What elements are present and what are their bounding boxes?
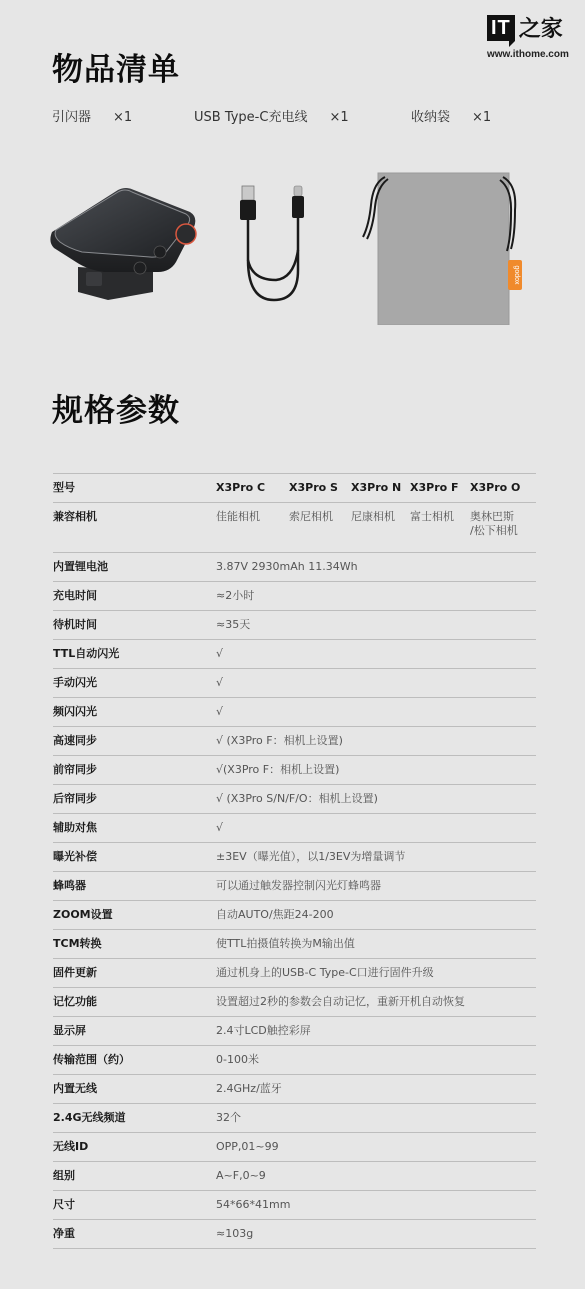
spec-label: 记忆功能	[53, 988, 216, 1017]
spec-label: 蜂鸣器	[53, 872, 216, 901]
spec-value: ≈103g	[216, 1220, 536, 1249]
spec-value: 设置超过2秒的参数会自动记忆，重新开机自动恢复	[216, 988, 536, 1017]
spec-label: 频闪闪光	[53, 698, 216, 727]
spec-value: 3.87V 2930mAh 11.34Wh	[216, 553, 536, 582]
table-row: 辅助对焦√	[53, 814, 536, 843]
spec-label: 兼容相机	[53, 503, 216, 553]
spec-table: 型号 X3Pro C X3Pro S X3Pro N X3Pro F X3Pro…	[53, 473, 536, 1249]
spec-value: ±3EV（曝光值），以1/3EV为增量调节	[216, 843, 536, 872]
table-row: 2.4G无线频道32个	[53, 1104, 536, 1133]
table-row-compat: 兼容相机 佳能相机 索尼相机 尼康相机 富士相机 奥林巴斯/松下相机	[53, 503, 536, 553]
model-s: X3Pro S	[289, 474, 351, 503]
spec-rows: 内置锂电池3.87V 2930mAh 11.34Wh充电时间≈2小时待机时间≈3…	[53, 553, 536, 1249]
spec-label: 组别	[53, 1162, 216, 1191]
table-row: 蜂鸣器可以通过触发器控制闪光灯蜂鸣器	[53, 872, 536, 901]
table-row: 固件更新通过机身上的USB-C Type-C口进行固件升级	[53, 959, 536, 988]
table-row: 内置无线2.4GHz/蓝牙	[53, 1075, 536, 1104]
table-row-model: 型号 X3Pro C X3Pro S X3Pro N X3Pro F X3Pro…	[53, 474, 536, 503]
spec-label: 净重	[53, 1220, 216, 1249]
spec-value: 32个	[216, 1104, 536, 1133]
compat-nikon: 尼康相机	[351, 503, 410, 553]
table-row: 无线IDOPP,01~99	[53, 1133, 536, 1162]
spec-label: 内置锂电池	[53, 553, 216, 582]
spec-value: √	[216, 814, 536, 843]
table-row: 频闪闪光√	[53, 698, 536, 727]
spec-value: 0-100米	[216, 1046, 536, 1075]
logo-url: www.ithome.com	[487, 49, 577, 60]
spec-value: ≈2小时	[216, 582, 536, 611]
spec-value: 2.4GHz/蓝牙	[216, 1075, 536, 1104]
pack-item-cable: USB Type-C充电线×1	[194, 106, 349, 125]
spec-value: OPP,01~99	[216, 1133, 536, 1162]
spec-value: √ (X3Pro F：相机上设置)	[216, 727, 536, 756]
table-row: ZOOM设置自动AUTO/焦距24-200	[53, 901, 536, 930]
spec-label: 辅助对焦	[53, 814, 216, 843]
spec-label: 尺寸	[53, 1191, 216, 1220]
compat-olympus-panasonic: 奥林巴斯/松下相机	[470, 503, 536, 553]
product-images: godox	[0, 160, 585, 330]
pack-item-flash: 引闪器×1	[52, 106, 132, 125]
model-c: X3Pro C	[216, 474, 289, 503]
table-row: 组别A~F,0~9	[53, 1162, 536, 1191]
model-o: X3Pro O	[470, 474, 536, 503]
compat-fuji: 富士相机	[410, 503, 470, 553]
table-row: 显示屏2.4寸LCD触控彩屏	[53, 1017, 536, 1046]
spec-label: 型号	[53, 474, 216, 503]
model-f: X3Pro F	[410, 474, 470, 503]
spec-value: √	[216, 698, 536, 727]
spec-value: A~F,0~9	[216, 1162, 536, 1191]
spec-value: ≈35天	[216, 611, 536, 640]
specs-title: 规格参数	[52, 385, 180, 430]
spec-label: 传输范围（约）	[53, 1046, 216, 1075]
compat-sony: 索尼相机	[289, 503, 351, 553]
table-row: 高速同步√ (X3Pro F：相机上设置)	[53, 727, 536, 756]
logo-cn-text: 之家	[519, 12, 563, 43]
storage-pouch-image: godox	[355, 165, 530, 325]
spec-value: 使TTL拍摄值转换为M输出值	[216, 930, 536, 959]
spec-value: 可以通过触发器控制闪光灯蜂鸣器	[216, 872, 536, 901]
spec-value: 54*66*41mm	[216, 1191, 536, 1220]
spec-label: 内置无线	[53, 1075, 216, 1104]
spec-value: 2.4寸LCD触控彩屏	[216, 1017, 536, 1046]
spec-value: √(X3Pro F：相机上设置)	[216, 756, 536, 785]
compat-canon: 佳能相机	[216, 503, 289, 553]
spec-label: 2.4G无线频道	[53, 1104, 216, 1133]
table-row: 尺寸54*66*41mm	[53, 1191, 536, 1220]
spec-label: 高速同步	[53, 727, 216, 756]
table-row: 传输范围（约）0-100米	[53, 1046, 536, 1075]
model-n: X3Pro N	[351, 474, 410, 503]
spec-label: ZOOM设置	[53, 901, 216, 930]
spec-label: 手动闪光	[53, 669, 216, 698]
table-row: 净重≈103g	[53, 1220, 536, 1249]
table-row: 待机时间≈35天	[53, 611, 536, 640]
flash-trigger-image	[48, 172, 198, 302]
logo-it-mark: IT	[487, 15, 515, 41]
table-row: 充电时间≈2小时	[53, 582, 536, 611]
spec-label: 无线ID	[53, 1133, 216, 1162]
table-row: 手动闪光√	[53, 669, 536, 698]
spec-label: TCM转换	[53, 930, 216, 959]
spec-label: 待机时间	[53, 611, 216, 640]
spec-label: 前帘同步	[53, 756, 216, 785]
spec-label: 后帘同步	[53, 785, 216, 814]
spec-value: √ (X3Pro S/N/F/O：相机上设置)	[216, 785, 536, 814]
spec-value: √	[216, 669, 536, 698]
packing-list-title: 物品清单	[52, 44, 180, 89]
table-row: 前帘同步√(X3Pro F：相机上设置)	[53, 756, 536, 785]
table-row: 曝光补偿±3EV（曝光值），以1/3EV为增量调节	[53, 843, 536, 872]
spec-label: 显示屏	[53, 1017, 216, 1046]
table-row: TCM转换使TTL拍摄值转换为M输出值	[53, 930, 536, 959]
spec-label: 曝光补偿	[53, 843, 216, 872]
spec-label: 充电时间	[53, 582, 216, 611]
ithome-logo: IT 之家 www.ithome.com	[487, 12, 577, 60]
spec-value: 通过机身上的USB-C Type-C口进行固件升级	[216, 959, 536, 988]
pack-item-pouch: 收纳袋×1	[411, 106, 491, 125]
spec-value: 自动AUTO/焦距24-200	[216, 901, 536, 930]
table-row: 后帘同步√ (X3Pro S/N/F/O：相机上设置)	[53, 785, 536, 814]
spec-label: 固件更新	[53, 959, 216, 988]
table-row: 内置锂电池3.87V 2930mAh 11.34Wh	[53, 553, 536, 582]
table-row: TTL自动闪光√	[53, 640, 536, 669]
table-row: 记忆功能设置超过2秒的参数会自动记忆，重新开机自动恢复	[53, 988, 536, 1017]
spec-value: √	[216, 640, 536, 669]
spec-label: TTL自动闪光	[53, 640, 216, 669]
pouch-brand-label: godox	[513, 265, 520, 285]
usb-cable-image	[230, 180, 320, 315]
